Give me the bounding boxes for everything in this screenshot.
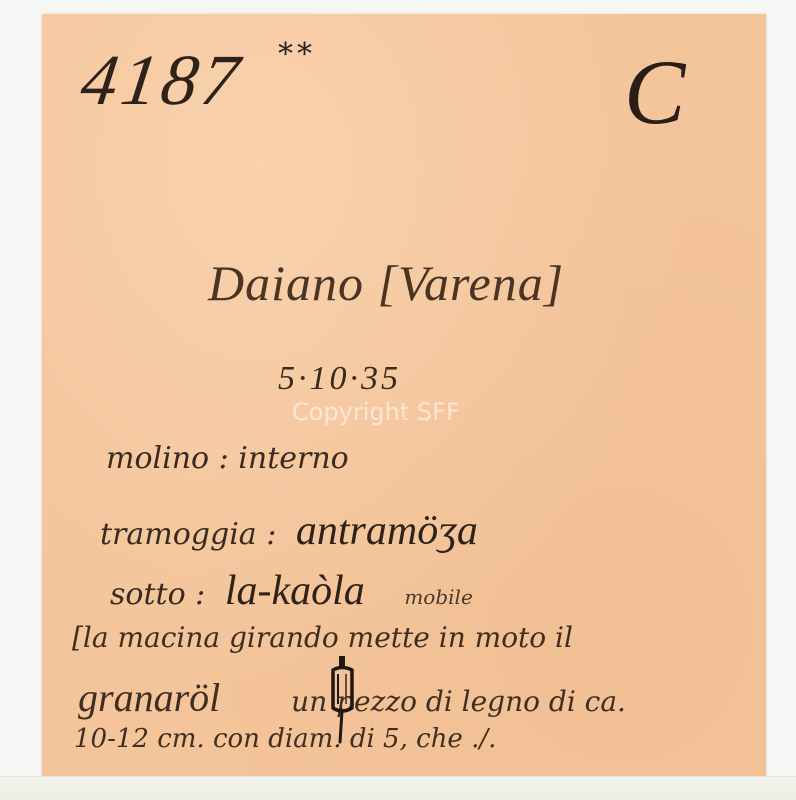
note-line-3: 10-12 cm. con diam. di 5, che ./.: [74, 726, 496, 752]
note-term: granaröl: [78, 675, 220, 720]
scan-page: 4187 ** C Daiano [Varena] 5·10·35 molino…: [0, 0, 796, 800]
entry-label: sotto :: [110, 577, 205, 612]
entry-sotto: sotto : la-kaòla mobile: [110, 570, 473, 612]
index-card: 4187 ** C Daiano [Varena] 5·10·35 molino…: [42, 14, 766, 778]
entry-label: molino :: [106, 441, 229, 476]
entry-label: tramoggia :: [100, 517, 276, 552]
place-name: Daiano [Varena]: [208, 258, 564, 308]
note-line-1: [la macina girando mette in moto il: [72, 624, 573, 652]
entry-tramoggia: tramoggia : antramöʒa: [100, 510, 478, 552]
category-letter: C: [624, 46, 685, 138]
catalog-marks: **: [278, 40, 316, 70]
entry-value: antramöʒa: [296, 508, 478, 554]
entry-molino: molino : interno: [106, 444, 349, 474]
entry-note: mobile: [404, 585, 472, 609]
scan-bottom-edge: [0, 776, 796, 800]
record-date: 5·10·35: [278, 362, 401, 396]
entry-value: la-kaòla: [225, 568, 365, 614]
entry-value: interno: [238, 441, 348, 476]
pestle-sketch-icon: [322, 654, 362, 746]
catalog-number: 4187: [77, 44, 247, 116]
copyright-watermark: Copyright SFF: [292, 398, 460, 426]
